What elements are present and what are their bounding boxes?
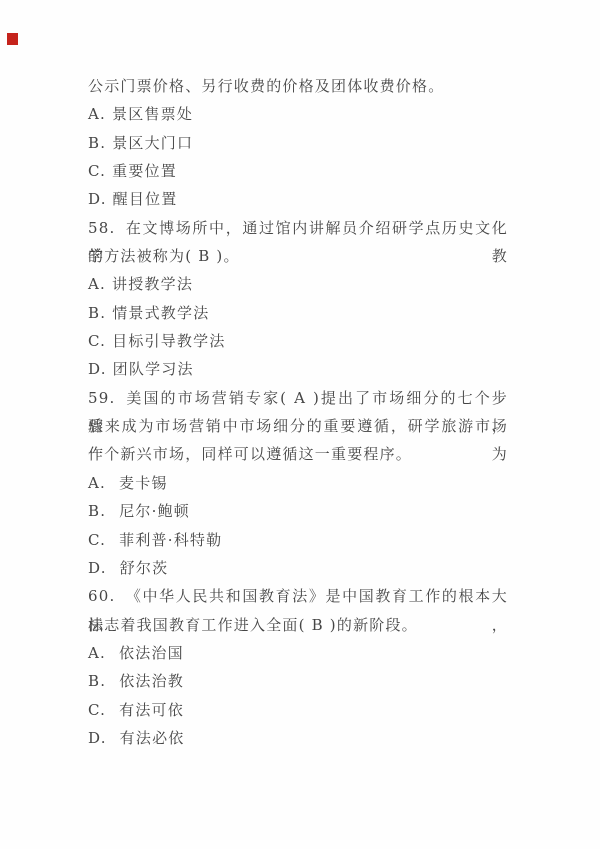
option-label: B. (88, 134, 106, 152)
option-text: 情景式教学法 (112, 304, 209, 322)
option-text: 醒目位置 (113, 190, 178, 208)
option-label: C. (88, 701, 106, 719)
question-58-option-d: D.团队学习法 (88, 355, 508, 383)
question-59-stem-line-1: 59.美国的市场营销专家( A )提出了市场细分的七个步骤， (88, 384, 508, 412)
question-58-stem-line-1: 58.在文博场所中，通过馆内讲解员介绍研学点历史文化的教 (88, 214, 508, 242)
stem-text: 公示门票价格、另行收费的价格及团体收费价格。 (88, 77, 444, 95)
option-label: D. (88, 190, 107, 208)
option-label: D. (88, 559, 107, 577)
question-number: 59. (88, 389, 115, 407)
question-59-option-c: C.菲利普·科特勒 (88, 526, 508, 554)
option-label: C. (88, 332, 106, 350)
option-label: A. (88, 474, 106, 492)
question-59-option-b: B.尼尔·鲍顿 (88, 497, 508, 525)
red-stamp-mark (7, 33, 18, 45)
option-label: D. (88, 729, 107, 747)
option-text: 目标引导教学法 (112, 332, 225, 350)
option-text: 有法可依 (119, 701, 184, 719)
carryover-option-d: D.醒目位置 (88, 185, 508, 213)
question-58-option-a: A.讲授教学法 (88, 270, 508, 298)
question-59-stem-line-2: 后来成为市场营销中市场细分的重要遵循，研学旅游市场作为 (88, 412, 508, 440)
option-label: A. (88, 275, 106, 293)
option-label: A. (88, 644, 106, 662)
option-label: C. (88, 162, 106, 180)
question-60-option-b: B.依法治教 (88, 667, 508, 695)
option-text: 尼尔·鲍顿 (119, 502, 190, 520)
option-label: C. (88, 531, 106, 549)
document-page: 公示门票价格、另行收费的价格及团体收费价格。 A.景区售票处 B.景区大门口 C… (0, 0, 600, 849)
stem-text: 标志着我国教育工作进入全面( B )的新阶段。 (88, 616, 418, 634)
option-text: 景区大门口 (112, 134, 193, 152)
stem-text: 一个新兴市场，同样可以遵循这一重要程序。 (88, 445, 412, 463)
question-60-stem-line-1: 60.《中华人民共和国教育法》是中国教育工作的根本大法， (88, 582, 508, 610)
question-60-option-c: C.有法可依 (88, 696, 508, 724)
option-label: B. (88, 672, 106, 690)
option-text: 重要位置 (112, 162, 177, 180)
option-label: A. (88, 105, 106, 123)
stem-text: 学方法被称为( B )。 (88, 247, 240, 265)
option-text: 团队学习法 (113, 360, 194, 378)
option-label: B. (88, 502, 106, 520)
option-text: 景区售票处 (112, 105, 193, 123)
carryover-option-a: A.景区售票处 (88, 100, 508, 128)
question-60-option-a: A.依法治国 (88, 639, 508, 667)
question-59-option-d: D.舒尔茨 (88, 554, 508, 582)
question-58-option-c: C.目标引导教学法 (88, 327, 508, 355)
option-text: 有法必依 (120, 729, 185, 747)
option-label: D. (88, 360, 107, 378)
question-58-option-b: B.情景式教学法 (88, 299, 508, 327)
question-number: 60. (88, 587, 115, 605)
option-text: 舒尔茨 (120, 559, 169, 577)
question-60-option-d: D.有法必依 (88, 724, 508, 752)
carryover-option-c: C.重要位置 (88, 157, 508, 185)
carryover-option-b: B.景区大门口 (88, 129, 508, 157)
option-text: 依法治教 (119, 672, 184, 690)
option-text: 依法治国 (119, 644, 184, 662)
option-text: 菲利普·科特勒 (119, 531, 222, 549)
option-text: 讲授教学法 (112, 275, 193, 293)
option-label: B. (88, 304, 106, 322)
question-59-option-a: A.麦卡锡 (88, 469, 508, 497)
carryover-stem-line: 公示门票价格、另行收费的价格及团体收费价格。 (88, 72, 508, 100)
option-text: 麦卡锡 (119, 474, 168, 492)
question-number: 58. (88, 219, 115, 237)
exam-text-block: 公示门票价格、另行收费的价格及团体收费价格。 A.景区售票处 B.景区大门口 C… (88, 72, 508, 752)
